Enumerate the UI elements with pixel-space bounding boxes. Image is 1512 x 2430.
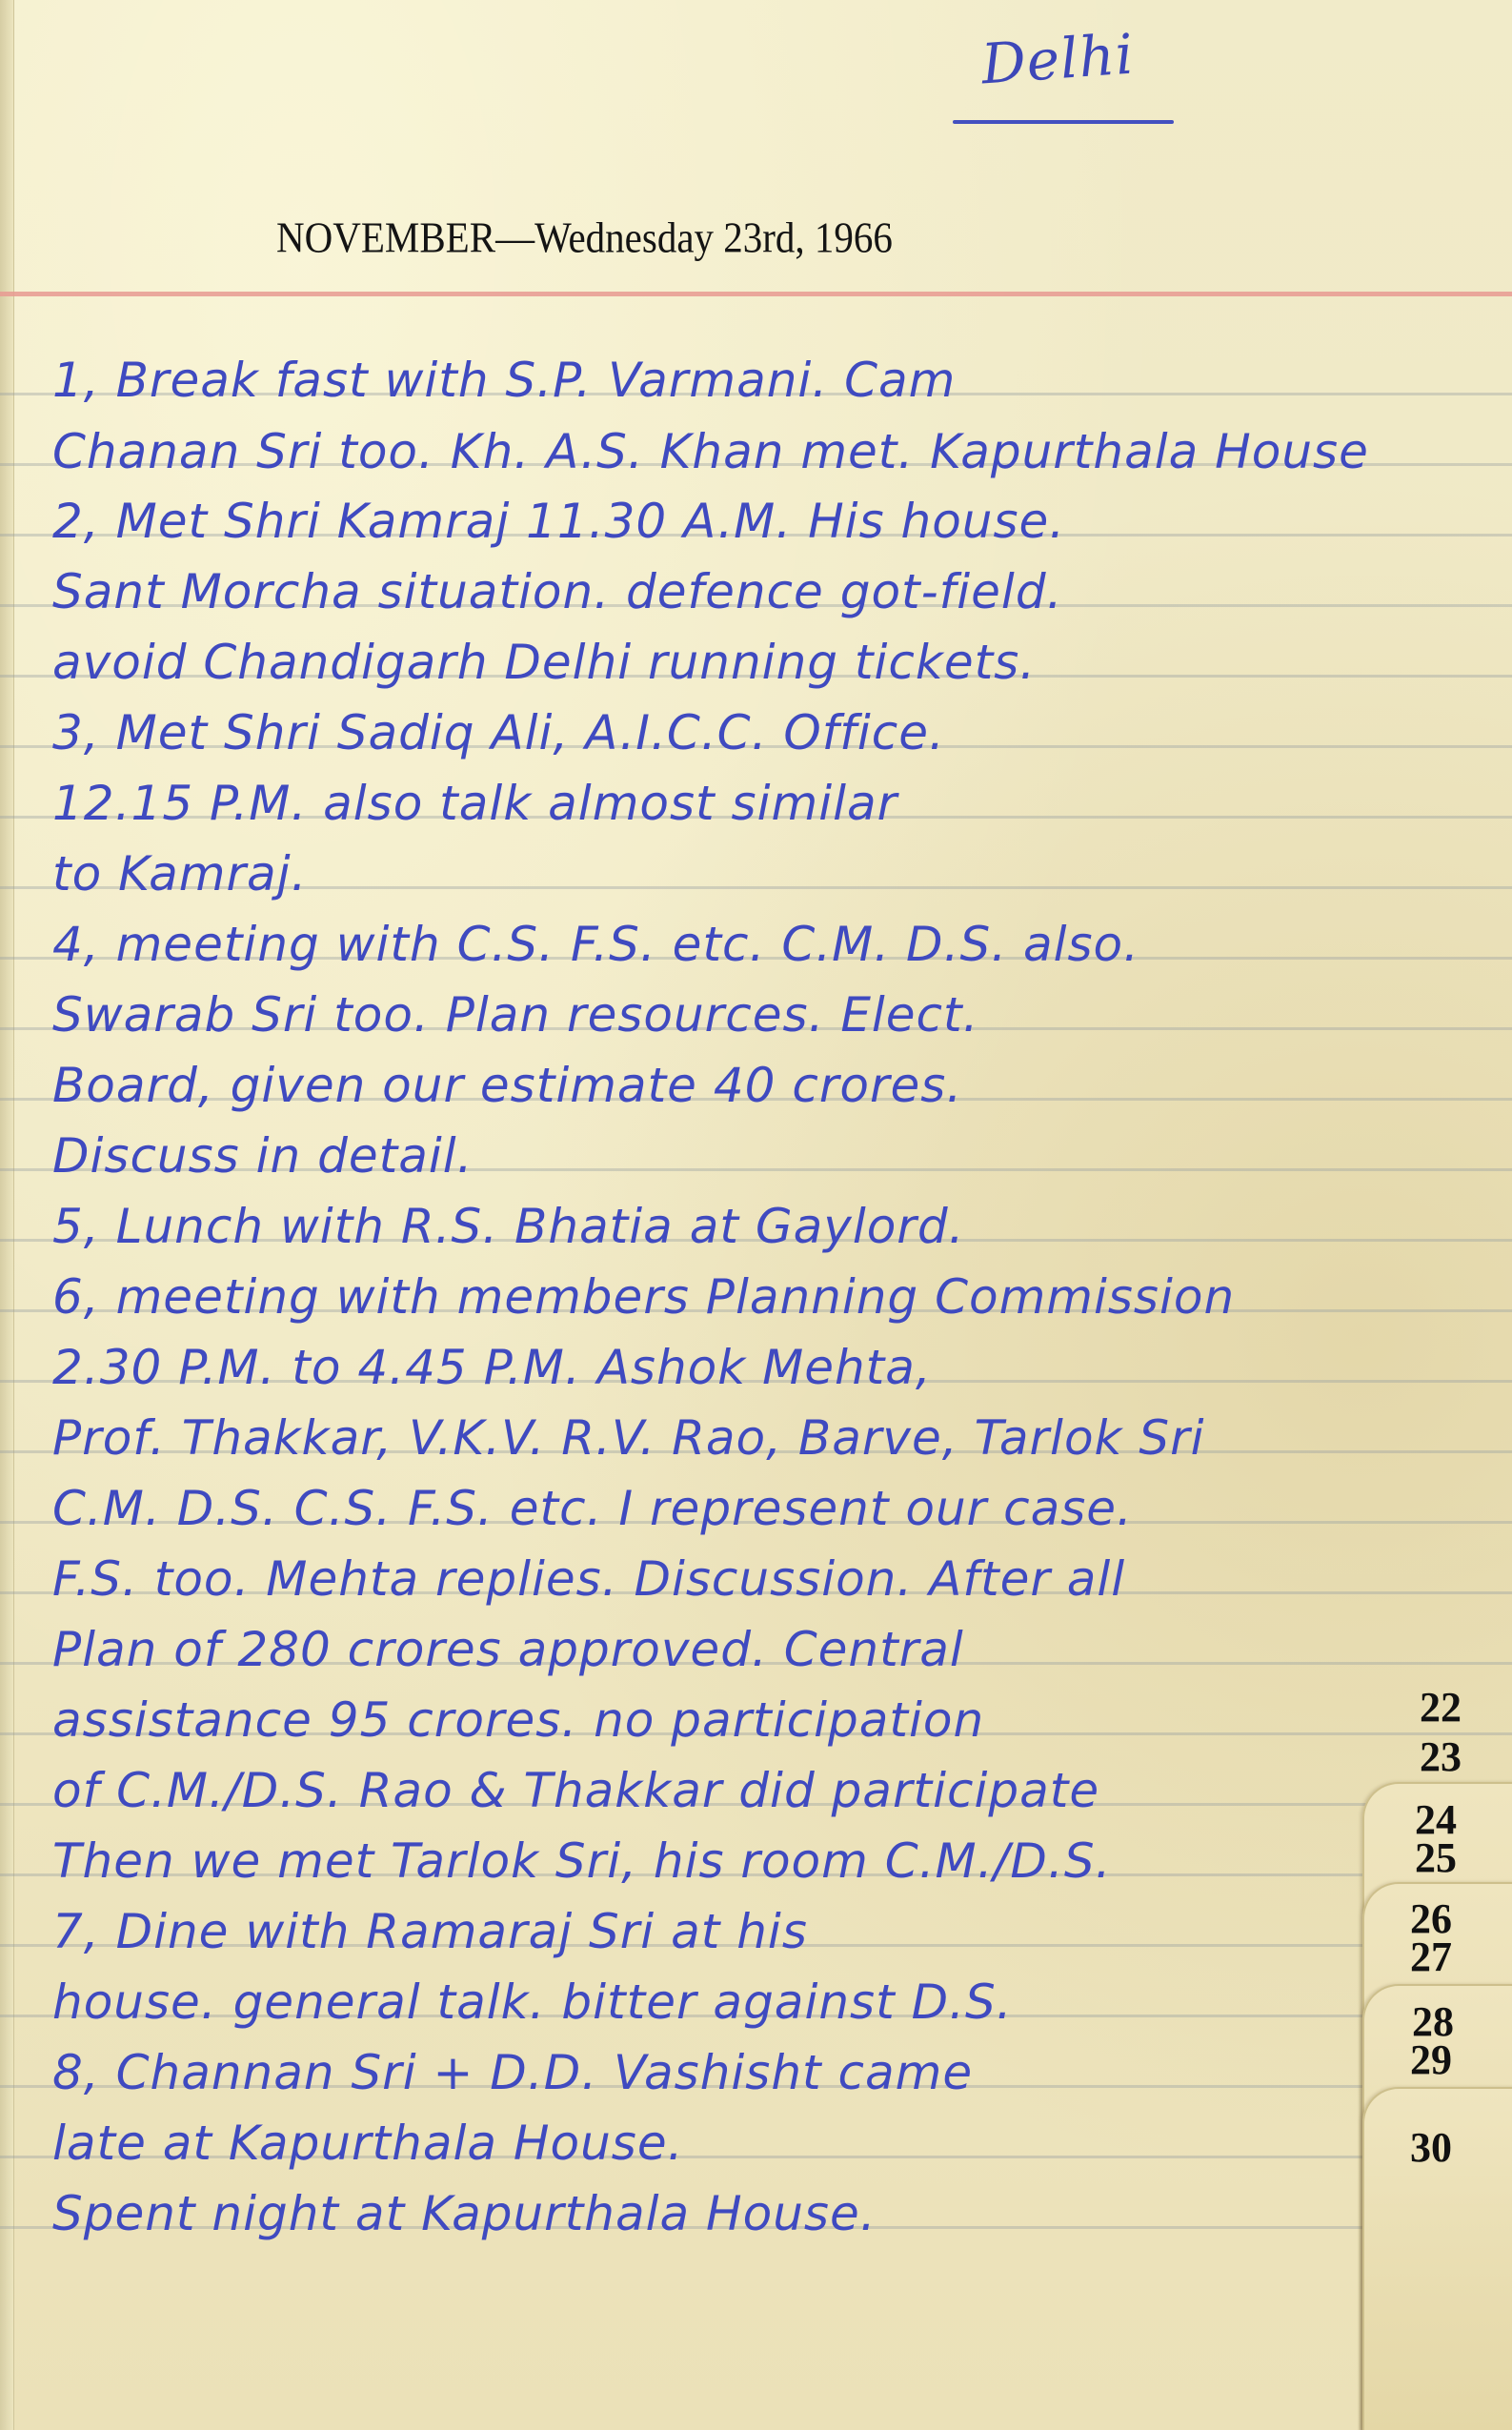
entry-line: Then we met Tarlok Sri, his room C.M./D.…	[52, 1833, 1111, 1889]
entry-line: 4, meeting with C.S. F.S. etc. C.M. D.S.…	[52, 917, 1139, 972]
entry-line: 3, Met Shri Sadiq Ali, A.I.C.C. Office.	[52, 705, 945, 760]
entry-line: late at Kapurthala House.	[52, 2116, 684, 2171]
entry-line: Discuss in detail.	[52, 1128, 474, 1184]
entry-line: to Kamraj.	[52, 846, 307, 901]
entry-line: Chanan Sri too. Kh. A.S. Khan met. Kapur…	[52, 424, 1369, 479]
entry-line: F.S. too. Mehta replies. Discussion. Aft…	[52, 1551, 1125, 1607]
date-tab-label: 25	[1415, 1837, 1457, 1879]
entry-line: 2.30 P.M. to 4.45 P.M. Ashok Mehta,	[52, 1340, 932, 1395]
handwritten-entries: 1, Break fast with S.P. Varmani. Cam Cha…	[0, 0, 1512, 2430]
entry-line: 12.15 P.M. also talk almost similar	[52, 776, 897, 831]
diary-page: Delhi NOVEMBER—Wednesday 23rd, 1966 1, B…	[0, 0, 1512, 2430]
entry-line: C.M. D.S. C.S. F.S. etc. I represent our…	[52, 1481, 1133, 1536]
entry-line: 8, Channan Sri + D.D. Vashisht came	[52, 2045, 973, 2100]
entry-line: Prof. Thakkar, V.K.V. R.V. Rao, Barve, T…	[52, 1410, 1205, 1466]
entry-line: Plan of 280 crores approved. Central	[52, 1622, 964, 1677]
entry-line: Board, given our estimate 40 crores.	[52, 1058, 962, 1113]
entry-line: 7, Dine with Ramaraj Sri at his	[52, 1904, 808, 1959]
date-tab-label: 22	[1420, 1687, 1462, 1729]
date-tab-label: 23	[1420, 1736, 1462, 1778]
date-tab-label: 27	[1410, 1936, 1452, 1978]
entry-line: assistance 95 crores. no participation	[52, 1692, 984, 1748]
entry-line: Spent night at Kapurthala House.	[52, 2186, 877, 2241]
entry-line: 1, Break fast with S.P. Varmani. Cam	[52, 353, 956, 408]
entry-line: Sant Morcha situation. defence got-field…	[52, 564, 1062, 619]
entry-line: avoid Chandigarh Delhi running tickets.	[52, 635, 1036, 690]
entry-line: house. general talk. bitter against D.S.	[52, 1974, 1013, 2030]
date-index-tabs: 22 23 24 25 26 27 28 29 30	[1362, 1677, 1512, 2430]
entry-line: 5, Lunch with R.S. Bhatia at Gaylord.	[52, 1199, 964, 1254]
entry-line: 6, meeting with members Planning Commiss…	[52, 1269, 1235, 1325]
date-tab-label: 30	[1410, 2127, 1452, 2169]
entry-line: 2, Met Shri Kamraj 11.30 A.M. His house.	[52, 494, 1065, 549]
entry-line: Swarab Sri too. Plan resources. Elect.	[52, 987, 979, 1043]
entry-line: of C.M./D.S. Rao & Thakkar did participa…	[52, 1763, 1099, 1818]
date-tab-label: 29	[1410, 2039, 1452, 2081]
